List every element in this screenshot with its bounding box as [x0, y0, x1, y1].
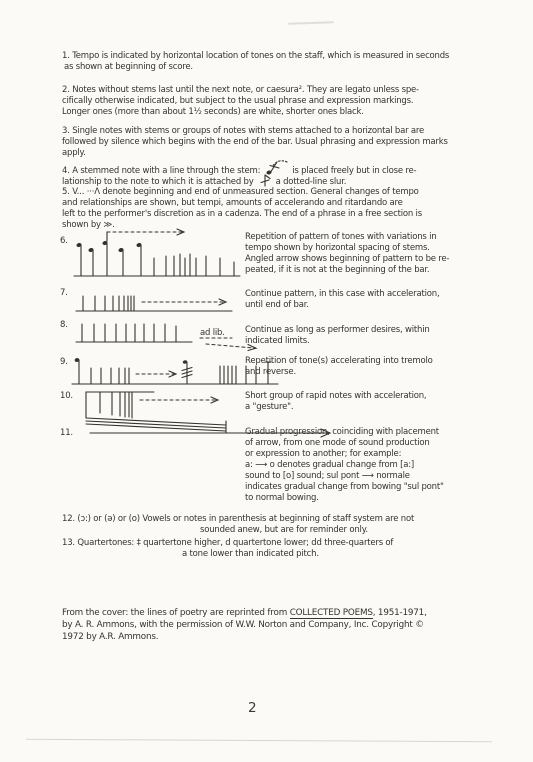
note-4-line-2-text-after: a dotted-line slur.: [276, 177, 347, 187]
example-8-notation-ad-lib-pattern: ad lib.: [74, 318, 274, 352]
note-4-line-2: lationship to the note to which it is at…: [62, 172, 346, 188]
scanned-handwritten-notation-key-page: 1. Tempo is indicated by horizontal loca…: [0, 0, 533, 762]
copyright-line-1-post: , 1951-1971,: [373, 608, 427, 618]
example-7-notation-accelerating-pattern: [74, 286, 236, 316]
example-11-number: 11.: [60, 428, 73, 439]
example-7-text-1: Continue pattern, in this case with acce…: [245, 289, 439, 300]
note-3-line-1: 3. Single notes with stems or groups of …: [62, 126, 424, 137]
example-8-number: 8.: [60, 320, 68, 331]
example-7-text-2: until end of bar.: [245, 300, 309, 311]
slur-attach-hook-icon: [257, 172, 273, 188]
note-2-line-3: Longer ones (more than about 1½ seconds)…: [62, 107, 364, 118]
example-8-text-2: indicated limits.: [245, 336, 309, 347]
example-10-text-2: a "gesture".: [245, 402, 293, 413]
example-6-text-2: tempo shown by horizontal spacing of ste…: [245, 243, 430, 254]
example-11-text-5: sound to [o] sound; sul pont ⟶ normale: [245, 471, 410, 482]
example-11-text-2: of arrow, from one mode of sound product…: [245, 438, 430, 449]
note-1-line-1: 1. Tempo is indicated by horizontal loca…: [62, 51, 449, 62]
page-number: 2: [248, 703, 257, 714]
copyright-line-1-pre: From the cover: the lines of poetry are …: [62, 608, 290, 618]
example-11-text-4: a: ⟶ o denotes gradual change from [a:]: [245, 460, 414, 471]
scan-edge-line: [26, 739, 492, 742]
example-10-text-1: Short group of rapid notes with accelera…: [245, 391, 426, 402]
copyright-book-title: COLLECTED POEMS: [290, 608, 373, 619]
example-9-text-2: and reverse.: [245, 367, 296, 378]
note-13-line-1: 13. Quartertones: ‡ quartertone higher, …: [62, 538, 393, 549]
example-6-text-4: peated, if it is not at the beginning of…: [245, 265, 429, 276]
note-2-line-2: cifically otherwise indicated, but subje…: [62, 96, 413, 107]
example-6-notation-repeated-pattern: [72, 228, 244, 286]
note-5-line-1: 5. V... ···Λ denote beginning and end of…: [62, 187, 419, 198]
copyright-line-3: 1972 by A.R. Ammons.: [62, 632, 158, 643]
example-9-number: 9.: [60, 357, 68, 368]
copyright-line-1: From the cover: the lines of poetry are …: [62, 608, 427, 619]
example-6-text-1: Repetition of pattern of tones with vari…: [245, 232, 436, 243]
example-11-text-7: to normal bowing.: [245, 493, 319, 504]
example-6-text-3: Angled arrow shows beginning of pattern …: [245, 254, 449, 265]
note-13-line-2: a tone lower than indicated pitch.: [182, 549, 319, 560]
example-7-number: 7.: [60, 288, 68, 299]
scan-smudge: [288, 21, 334, 25]
example-8-text-1: Continue as long as performer desires, w…: [245, 325, 430, 336]
copyright-line-2: by A. R. Ammons, with the permission of …: [62, 620, 424, 631]
example-6-number: 6.: [60, 236, 68, 247]
note-5-line-3: left to the performer's discretion as in…: [62, 209, 422, 220]
example-9-text-1: Repetition of tone(s) accelerating into …: [245, 356, 433, 367]
example-11-text-3: or expression to another; for example:: [245, 449, 401, 460]
note-2-line-1: 2. Notes without stems last until the ne…: [62, 85, 419, 96]
ad-lib-label: ad lib.: [200, 328, 225, 338]
note-3-line-2: followed by silence which begins with th…: [62, 137, 448, 148]
note-12-line-1: 12. (ɔ:) or (ə) or (o) Vowels or notes i…: [62, 514, 414, 525]
example-10-number: 10.: [60, 391, 73, 402]
example-11-text-6: indicates gradual change from bowing "su…: [245, 482, 444, 493]
note-4-line-2-text: lationship to the note to which it is at…: [62, 177, 254, 187]
note-3-line-3: apply.: [62, 148, 86, 159]
example-11-text-1: Gradual progression, coinciding with pla…: [245, 427, 439, 438]
note-12-line-2: sounded anew, but are for reminder only.: [200, 525, 368, 536]
note-5-line-2: and relationships are shown, but tempi, …: [62, 198, 403, 209]
note-1-line-2: as shown at beginning of score.: [64, 62, 193, 73]
